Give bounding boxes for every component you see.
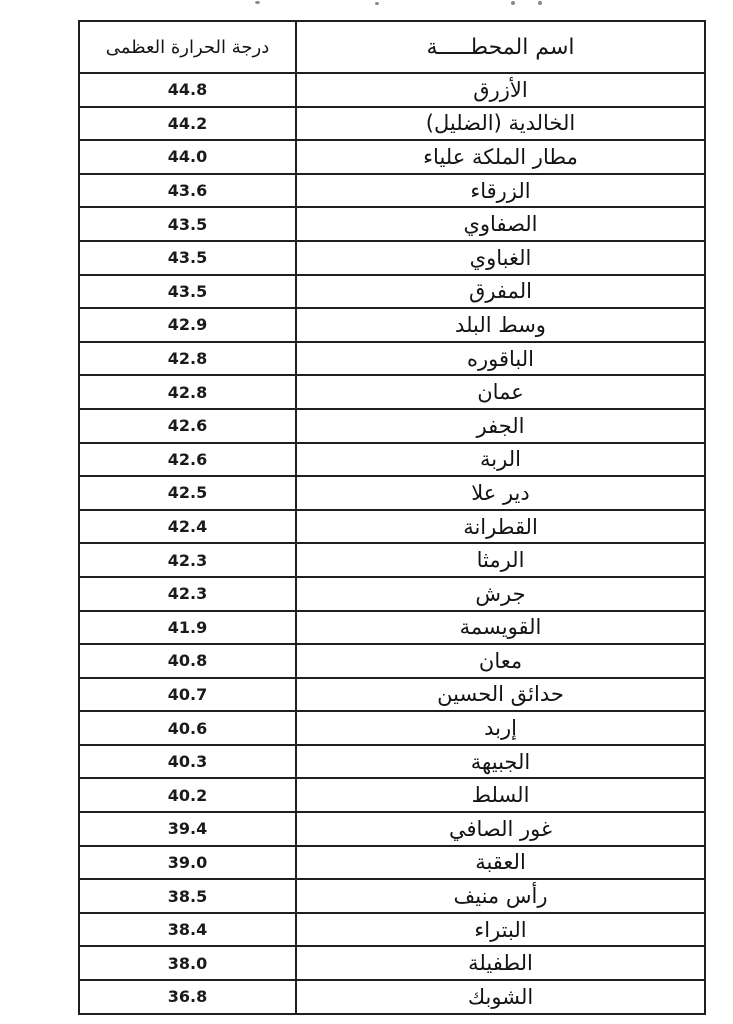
- station-name-cell: الجبيهة: [296, 745, 705, 779]
- ink-speck: [375, 2, 379, 5]
- table-row: وسط البلد42.9: [79, 308, 705, 342]
- temperature-cell: 43.6: [79, 174, 296, 208]
- station-name-cell: المفرق: [296, 275, 705, 309]
- table-row: المفرق43.5: [79, 275, 705, 309]
- temperature-cell: 42.3: [79, 543, 296, 577]
- temperature-cell: 38.5: [79, 879, 296, 913]
- temperature-cell: 40.6: [79, 711, 296, 745]
- table-row: إربد40.6: [79, 711, 705, 745]
- station-name-cell: عمان: [296, 375, 705, 409]
- temperature-cell: 41.9: [79, 611, 296, 645]
- table-row: القويسمة41.9: [79, 611, 705, 645]
- temperature-cell: 42.3: [79, 577, 296, 611]
- station-name-cell: الرمثا: [296, 543, 705, 577]
- temperature-cell: 43.5: [79, 275, 296, 309]
- temperature-cell: 39.0: [79, 846, 296, 880]
- temperature-cell: 42.8: [79, 375, 296, 409]
- table-row: الطفيلة38.0: [79, 946, 705, 980]
- temperature-cell: 42.9: [79, 308, 296, 342]
- temperature-cell: 44.2: [79, 107, 296, 141]
- table-row: السلط40.2: [79, 778, 705, 812]
- temperature-cell: 39.4: [79, 812, 296, 846]
- temperature-cell: 36.8: [79, 980, 296, 1014]
- temperature-cell: 40.8: [79, 644, 296, 678]
- station-name-cell: الخالدية (الضليل): [296, 107, 705, 141]
- table-row: الربة42.6: [79, 443, 705, 477]
- temperature-cell: 40.2: [79, 778, 296, 812]
- temperature-cell: 42.6: [79, 409, 296, 443]
- station-name-cell: إربد: [296, 711, 705, 745]
- temperature-cell: 42.8: [79, 342, 296, 376]
- table-row: معان40.8: [79, 644, 705, 678]
- station-name-cell: معان: [296, 644, 705, 678]
- station-name-cell: الغباوي: [296, 241, 705, 275]
- station-name-cell: وسط البلد: [296, 308, 705, 342]
- station-name-cell: جرش: [296, 577, 705, 611]
- temperature-cell: 43.5: [79, 241, 296, 275]
- table-header-row: اسم المحطـــــة درجة الحرارة العظمى: [79, 21, 705, 73]
- station-name-cell: الأزرق: [296, 73, 705, 107]
- table-row: الصفاوي43.5: [79, 207, 705, 241]
- temperature-cell: 44.8: [79, 73, 296, 107]
- table-row: الغباوي43.5: [79, 241, 705, 275]
- temperature-cell: 43.5: [79, 207, 296, 241]
- station-name-cell: القويسمة: [296, 611, 705, 645]
- table-row: الجبيهة40.3: [79, 745, 705, 779]
- station-name-cell: القطرانة: [296, 510, 705, 544]
- station-name-cell: دير علا: [296, 476, 705, 510]
- table-row: رأس منيف38.5: [79, 879, 705, 913]
- temperature-cell: 38.0: [79, 946, 296, 980]
- table-row: مطار الملكة علياء44.0: [79, 140, 705, 174]
- table-row: البتراء38.4: [79, 913, 705, 947]
- station-name-cell: الباقوره: [296, 342, 705, 376]
- table-row: الجفر42.6: [79, 409, 705, 443]
- table-row: العقبة39.0: [79, 846, 705, 880]
- temperature-cell: 42.4: [79, 510, 296, 544]
- station-name-cell: الجفر: [296, 409, 705, 443]
- ink-speck: [511, 1, 515, 5]
- station-name-cell: الزرقاء: [296, 174, 705, 208]
- table-row: دير علا42.5: [79, 476, 705, 510]
- station-name-cell: الربة: [296, 443, 705, 477]
- table-row: القطرانة42.4: [79, 510, 705, 544]
- station-name-header: اسم المحطـــــة: [296, 21, 705, 73]
- station-name-cell: مطار الملكة علياء: [296, 140, 705, 174]
- station-name-cell: الطفيلة: [296, 946, 705, 980]
- station-name-cell: السلط: [296, 778, 705, 812]
- ink-speck: [538, 1, 542, 5]
- temperature-cell: 38.4: [79, 913, 296, 947]
- station-name-cell: رأس منيف: [296, 879, 705, 913]
- scanned-document-page: اسم المحطـــــة درجة الحرارة العظمى الأز…: [0, 0, 733, 1024]
- temperature-cell: 40.7: [79, 678, 296, 712]
- table-row: جرش42.3: [79, 577, 705, 611]
- table-row: الأزرق44.8: [79, 73, 705, 107]
- table-row: حدائق الحسين40.7: [79, 678, 705, 712]
- station-name-cell: غور الصافي: [296, 812, 705, 846]
- table-row: الخالدية (الضليل)44.2: [79, 107, 705, 141]
- temperature-cell: 42.6: [79, 443, 296, 477]
- max-temperature-table: اسم المحطـــــة درجة الحرارة العظمى الأز…: [78, 20, 706, 1015]
- table-row: الباقوره42.8: [79, 342, 705, 376]
- table-row: الزرقاء43.6: [79, 174, 705, 208]
- ink-speck: [255, 1, 260, 4]
- max-temperature-header: درجة الحرارة العظمى: [79, 21, 296, 73]
- station-name-cell: البتراء: [296, 913, 705, 947]
- temperature-cell: 44.0: [79, 140, 296, 174]
- table-row: غور الصافي39.4: [79, 812, 705, 846]
- temperature-cell: 40.3: [79, 745, 296, 779]
- table-row: عمان42.8: [79, 375, 705, 409]
- table-row: الرمثا42.3: [79, 543, 705, 577]
- station-name-cell: الصفاوي: [296, 207, 705, 241]
- station-name-cell: العقبة: [296, 846, 705, 880]
- table-body: الأزرق44.8الخالدية (الضليل)44.2مطار المل…: [79, 73, 705, 1014]
- table-row: الشوبك36.8: [79, 980, 705, 1014]
- station-name-cell: الشوبك: [296, 980, 705, 1014]
- temperature-cell: 42.5: [79, 476, 296, 510]
- station-name-cell: حدائق الحسين: [296, 678, 705, 712]
